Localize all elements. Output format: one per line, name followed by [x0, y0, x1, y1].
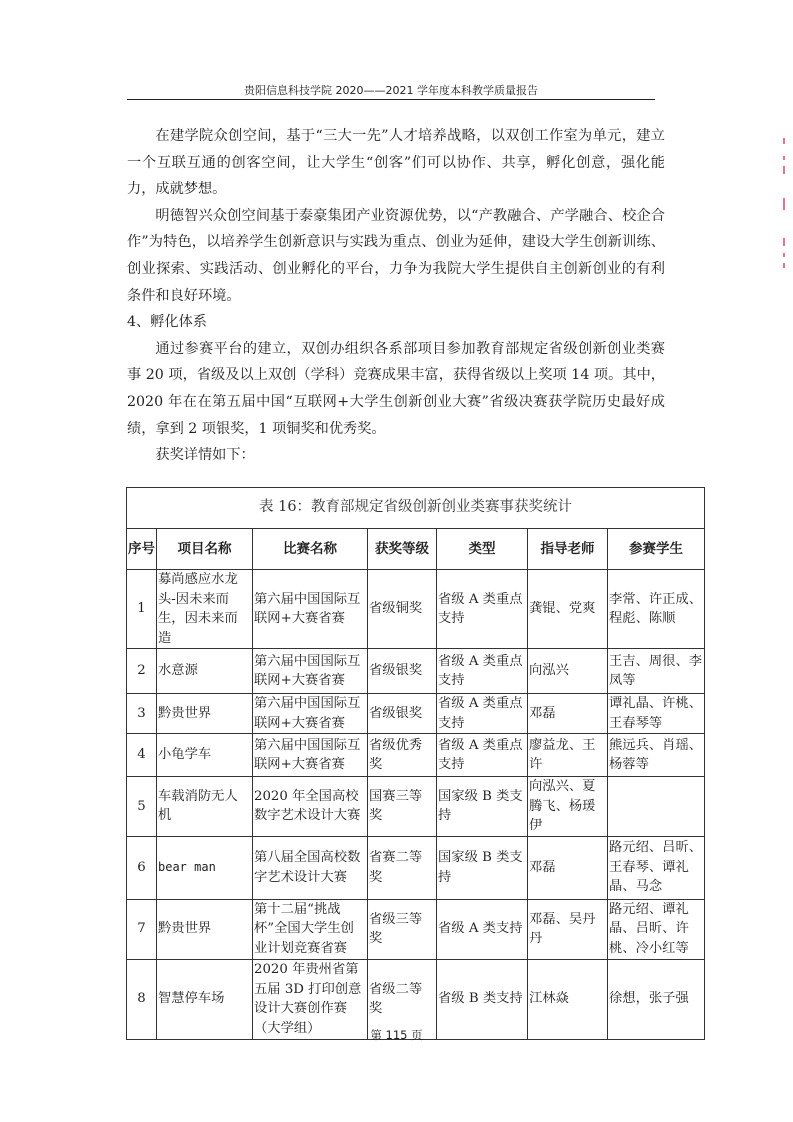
- cell-no: 1: [127, 570, 157, 649]
- table-caption: 表 16：教育部规定省级创新创业类赛事获奖统计: [127, 488, 705, 529]
- edge-mark: [783, 156, 785, 160]
- awards-table: 表 16：教育部规定省级创新创业类赛事获奖统计 序号 项目名称 比赛名称 获奖等…: [126, 487, 705, 1040]
- table-row: 6 bear man 第八届全国高校数字艺术设计大赛 省赛二等奖 国家级 B 类…: [127, 836, 705, 899]
- cell-type: 国家级 B 类支持: [437, 777, 528, 837]
- cell-no: 6: [127, 836, 157, 899]
- paragraph-award-intro: 获奖详情如下：: [127, 442, 665, 469]
- cell-advisor: 廖益龙、王许: [528, 734, 608, 777]
- cell-advisor: 龚锟、党爽: [528, 570, 608, 649]
- cell-students: 路元绍、谭礼晶、吕昕、许桃、冷小红等: [608, 899, 705, 959]
- cell-level: 省赛二等奖: [368, 836, 437, 899]
- cell-level: 省级三等奖: [368, 899, 437, 959]
- col-header-no: 序号: [127, 529, 157, 570]
- cell-students: 王吉、周很、李凤等: [608, 649, 705, 694]
- cell-project: 募尚感应水龙头-因未来而生，因未来而造: [157, 570, 253, 649]
- cell-project: 水意源: [157, 649, 253, 694]
- body-intro: 在建学院众创空间，基于“三大一先”人才培养战略，以双创工作室为单元，建立一个互联…: [127, 123, 665, 469]
- table-row: 2 水意源 第六届中国国际互联网+大赛省赛 省级银奖 省级 A 类重点支持 向泓…: [127, 649, 705, 694]
- running-header: 贵阳信息科技学院 2020——2021 学年度本科教学质量报告: [127, 82, 655, 98]
- section-heading-incubation: 4、孵化体系: [127, 309, 665, 336]
- col-header-advisor: 指导老师: [528, 529, 608, 570]
- cell-advisor: 邓磊、吴丹丹: [528, 899, 608, 959]
- cell-no: 2: [127, 649, 157, 694]
- cell-advisor: 邓磊: [528, 694, 608, 734]
- cell-level: 省级优秀奖: [368, 734, 437, 777]
- cell-level: 省级银奖: [368, 694, 437, 734]
- paragraph-mingde-space: 明德智兴众创空间基于泰豪集团产业资源优势，以“产教融合、产学融合、校企合作”为特…: [127, 203, 665, 309]
- table-row: 3 黔贵世界 第六届中国国际互联网+大赛省赛 省级银奖 省级 A 类重点支持 邓…: [127, 694, 705, 734]
- cell-level: 省级铜奖: [368, 570, 437, 649]
- col-header-level: 获奖等级: [368, 529, 437, 570]
- cell-type: 省级 A 类重点支持: [437, 694, 528, 734]
- cell-students: 谭礼晶、许桃、王春琴等: [608, 694, 705, 734]
- cell-competition: 第六届中国国际互联网+大赛省赛: [253, 734, 368, 777]
- col-header-type: 类型: [437, 529, 528, 570]
- page-number: 第 115 页: [0, 1027, 793, 1043]
- col-header-project: 项目名称: [157, 529, 253, 570]
- cell-advisor: 向泓兴、夏腾飞、杨瑗伊: [528, 777, 608, 837]
- cell-advisor: 邓磊: [528, 836, 608, 899]
- cell-competition: 第六届中国国际互联网+大赛省赛: [253, 649, 368, 694]
- cell-competition: 第六届中国国际互联网+大赛省赛: [253, 694, 368, 734]
- cell-competition: 第十二届“挑战杯”全国大学生创业计划竞赛省赛: [253, 899, 368, 959]
- cell-no: 7: [127, 899, 157, 959]
- cell-project: 黔贵世界: [157, 694, 253, 734]
- cell-type: 省级 A 类重点支持: [437, 649, 528, 694]
- cell-no: 4: [127, 734, 157, 777]
- col-header-competition: 比赛名称: [253, 529, 368, 570]
- awards-table-container: 表 16：教育部规定省级创新创业类赛事获奖统计 序号 项目名称 比赛名称 获奖等…: [126, 487, 704, 1040]
- cell-students: 路元绍、吕昕、王春琴、谭礼晶、马念: [608, 836, 705, 899]
- edge-mark: [783, 166, 785, 174]
- table-row: 4 小龟学车 第六届中国国际互联网+大赛省赛 省级优秀奖 省级 A 类重点支持 …: [127, 734, 705, 777]
- cell-no: 3: [127, 694, 157, 734]
- edge-mark: [783, 253, 785, 257]
- cell-competition: 第六届中国国际互联网+大赛省赛: [253, 570, 368, 649]
- table-row: 1 募尚感应水龙头-因未来而生，因未来而造 第六届中国国际互联网+大赛省赛 省级…: [127, 570, 705, 649]
- cell-students: [608, 777, 705, 837]
- edge-mark: [783, 198, 785, 210]
- cell-students: 李常、许正成、程彪、陈顺: [608, 570, 705, 649]
- col-header-students: 参赛学生: [608, 529, 705, 570]
- cell-type: 省级 A 类重点支持: [437, 734, 528, 777]
- cell-competition: 第八届全国高校数字艺术设计大赛: [253, 836, 368, 899]
- edge-mark: [783, 263, 785, 268]
- cell-no: 5: [127, 777, 157, 837]
- cell-level: 省级银奖: [368, 649, 437, 694]
- cell-project: 车载消防无人机: [157, 777, 253, 837]
- cell-project: bear man: [157, 836, 253, 899]
- cell-type: 国家级 B 类支持: [437, 836, 528, 899]
- cell-advisor: 向泓兴: [528, 649, 608, 694]
- edge-mark: [783, 138, 785, 144]
- cell-competition: 2020 年全国高校数字艺术设计大赛: [253, 777, 368, 837]
- paragraph-maker-space: 在建学院众创空间，基于“三大一先”人才培养战略，以双创工作室为单元，建立一个互联…: [127, 123, 665, 203]
- cell-level: 国赛三等奖: [368, 777, 437, 837]
- scan-edge-marks: [783, 138, 787, 268]
- cell-students: 熊远兵、肖瑶、杨蓉等: [608, 734, 705, 777]
- cell-type: 省级 A 类重点支持: [437, 570, 528, 649]
- table-row: 5 车载消防无人机 2020 年全国高校数字艺术设计大赛 国赛三等奖 国家级 B…: [127, 777, 705, 837]
- paragraph-competition-summary: 通过参赛平台的建立，双创办组织各系部项目参加教育部规定省级创新创业类赛事 20 …: [127, 336, 665, 442]
- edge-mark: [783, 238, 785, 246]
- table-row: 7 黔贵世界 第十二届“挑战杯”全国大学生创业计划竞赛省赛 省级三等奖 省级 A…: [127, 899, 705, 959]
- table-header-row: 序号 项目名称 比赛名称 获奖等级 类型 指导老师 参赛学生: [127, 529, 705, 570]
- header-rule: [127, 99, 655, 100]
- cell-type: 省级 A 类支持: [437, 899, 528, 959]
- cell-project: 小龟学车: [157, 734, 253, 777]
- cell-project: 黔贵世界: [157, 899, 253, 959]
